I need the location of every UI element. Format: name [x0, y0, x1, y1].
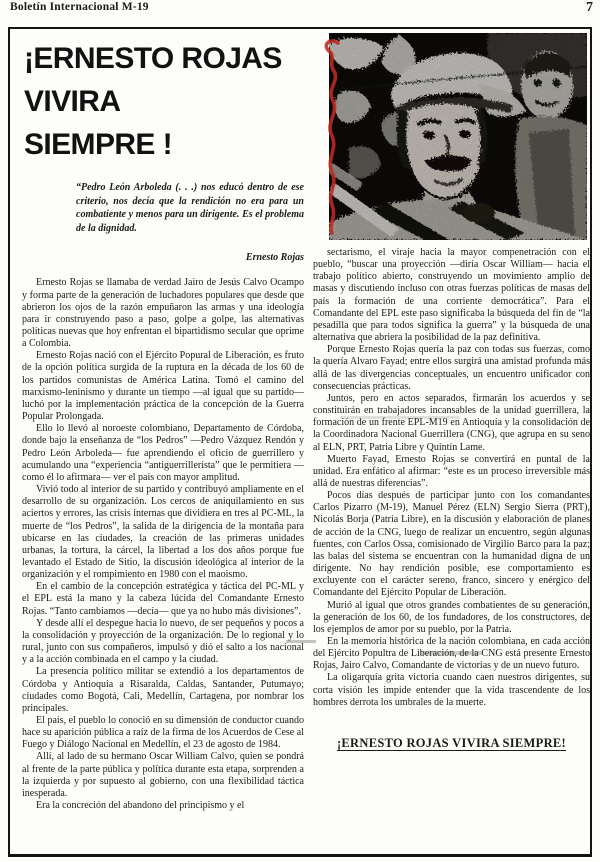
paragraph: Ernesto Rojas se llamaba de verdad Jairo…	[22, 277, 304, 350]
paragraph: Vivió todo al interior de su partido y c…	[22, 484, 304, 581]
paragraph: El país, el pueblo lo conoció en su dime…	[22, 715, 304, 751]
paragraph: En el cambio de la concepción estratégic…	[22, 581, 304, 617]
left-column-body: Ernesto Rojas se llamaba de verdad Jairo…	[22, 277, 304, 812]
page-number: 7	[586, 1, 593, 15]
left-column: ¡ERNESTO ROJAS VIVIRA SIEMPRE ! “Pedro L…	[22, 35, 304, 812]
pull-quote: “Pedro León Arboleda (. . .) nos educó d…	[76, 181, 304, 235]
headline-line-1: ¡ERNESTO ROJAS	[24, 37, 304, 80]
paragraph: Allí, al lado de su hermano Oscar Willia…	[22, 751, 304, 800]
paragraph: Juntos, pero en actos separados, firmará…	[313, 393, 590, 454]
journal-title: Boletín Internacional M-19	[10, 1, 149, 13]
paragraph: Y desde allí el despegue hacia lo nuevo,…	[22, 618, 304, 667]
paragraph: Ello lo llevó al noroeste colombiano, De…	[22, 423, 304, 484]
closing-slogan: ¡ERNESTO ROJAS VIVIRA SIEMPRE!	[313, 736, 590, 751]
paragraph: Porque Ernesto Rojas quería la paz con t…	[313, 344, 590, 393]
right-column: sectarismo, el viraje hacia la mayor com…	[313, 33, 590, 751]
paragraph: Ernesto Rojas nació con el Ejército Popu…	[22, 350, 304, 423]
paragraph: En la memoria histórica de la nación col…	[313, 636, 590, 672]
paragraph: sectarismo, el viraje hacia la mayor com…	[313, 247, 590, 344]
halftone-portrait-image	[329, 33, 587, 240]
paragraph: La presencia político militar se extendi…	[22, 666, 304, 715]
running-header: Boletín Internacional M-19 7	[10, 1, 593, 15]
paragraph: Muerto Fayad, Ernesto Rojas se convertir…	[313, 454, 590, 490]
pull-quote-attribution: Ernesto Rojas	[76, 252, 304, 263]
headline-line-3: SIEMPRE !	[24, 123, 304, 166]
scanned-bulletin-page: Boletín Internacional M-19 7 ¡ERNESTO RO…	[0, 0, 600, 862]
paragraph: La oligarquía grita victoria cuando caen…	[313, 672, 590, 708]
paragraph: Murió al igual que otros grandes combati…	[313, 600, 590, 636]
right-column-body: sectarismo, el viraje hacia la mayor com…	[313, 247, 590, 709]
headline-line-2: VIVIRA	[24, 80, 304, 123]
paragraph: Era la concreción del abandono del princ…	[22, 800, 304, 812]
paragraph: Pocos días después de participar junto c…	[313, 490, 590, 599]
article-frame: ¡ERNESTO ROJAS VIVIRA SIEMPRE ! “Pedro L…	[8, 27, 592, 857]
portrait-photo	[329, 33, 587, 240]
article-headline: ¡ERNESTO ROJAS VIVIRA SIEMPRE !	[24, 37, 304, 166]
